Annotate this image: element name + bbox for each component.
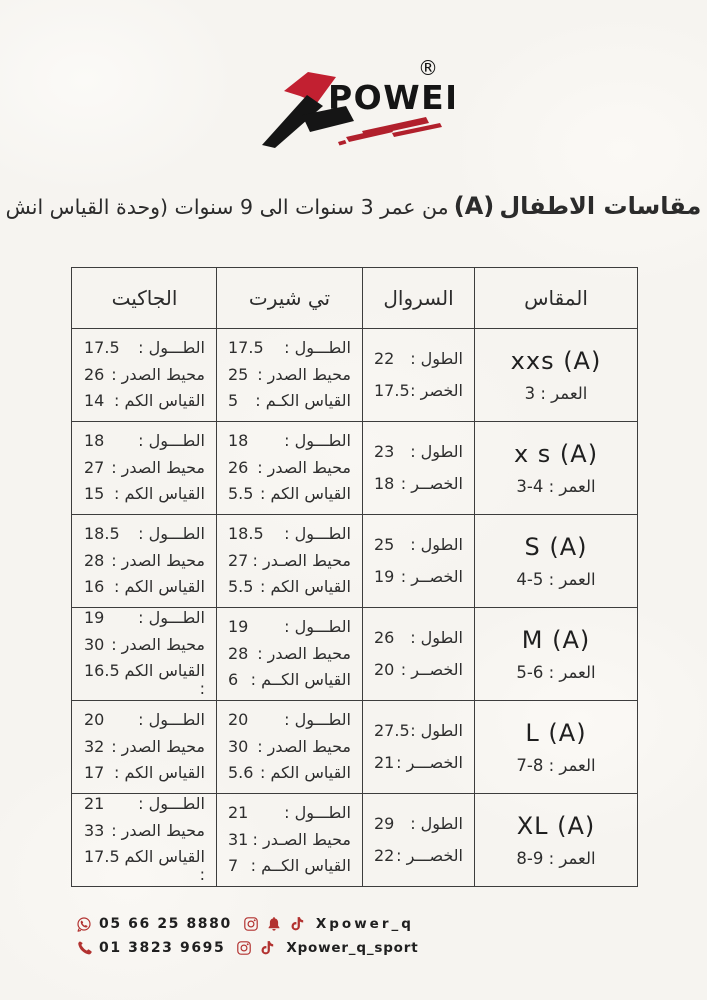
measure-label: الطـــول : — [284, 432, 351, 450]
measure-value: 5.5 — [228, 485, 253, 503]
measure-label: القياس الكم : — [120, 662, 205, 699]
measure-value: 33 — [84, 822, 104, 840]
size-cell: XL (A)العمر : 8-9 — [474, 794, 637, 886]
measure-label: محيط الصـدر : — [253, 552, 351, 570]
size-cell: xxs (A)العمر : 3 — [474, 329, 637, 421]
measure-line: القياس الكم :16.5 — [84, 662, 205, 699]
measure-line: القياس الكـم :5 — [228, 392, 351, 410]
measure-label: محيط الصدر : — [111, 738, 205, 756]
measure-value: 23 — [374, 443, 394, 461]
measure-line: الطـــول :18 — [228, 432, 351, 450]
header-size: المقاس — [474, 268, 637, 328]
header-jacket: الجاكيت — [73, 268, 216, 328]
measure-value: 5 — [228, 392, 238, 410]
pants-cell: الطول :22الخصر :17.5 — [362, 329, 474, 421]
phone-icon — [76, 940, 92, 956]
measure-line: محيط الصدر :33 — [84, 822, 205, 840]
measure-value: 26 — [84, 366, 104, 384]
measure-value: 7 — [228, 857, 238, 875]
measure-value: 15 — [84, 485, 104, 503]
measure-value: 5.6 — [228, 764, 253, 782]
logo-brand-text: POWER — [328, 78, 454, 117]
measure-line: الطول :29 — [374, 815, 463, 833]
measure-line: الطـــول :20 — [228, 711, 351, 729]
measure-value: 14 — [84, 392, 104, 410]
measure-value: 29 — [374, 815, 394, 833]
size-cell: L (A)العمر : 7-8 — [474, 701, 637, 793]
measure-value: 17.5 — [84, 848, 120, 866]
measure-line: محيط الصـدر :31 — [228, 831, 351, 849]
measure-label: القياس الكـم : — [255, 392, 351, 410]
measure-label: القياس الكم : — [114, 392, 205, 410]
measure-value: 18.5 — [228, 525, 264, 543]
measure-label: القياس الكم : — [260, 578, 351, 596]
measure-value: 17.5 — [228, 339, 264, 357]
measure-line: الطـــول :20 — [84, 711, 205, 729]
social-handle: Xpower_q_sport — [286, 940, 418, 956]
age-label: العمر : — [543, 570, 595, 589]
measure-line: الخصــر :19 — [374, 568, 463, 586]
size-name: XL (A) — [517, 812, 596, 840]
size-table-rows: xxs (A)العمر : 3الطول :22الخصر :17.5الطـ… — [72, 328, 637, 886]
measure-label: الطـــول : — [138, 795, 205, 813]
measure-value: 17.5 — [84, 339, 120, 357]
measure-label: الطـــول : — [138, 432, 205, 450]
measure-label: القياس الكم : — [260, 485, 351, 503]
measure-label: القياس الكــم : — [251, 857, 351, 875]
age-line: العمر : 5-6 — [516, 663, 595, 682]
measure-label: محيط الصدر : — [111, 459, 205, 477]
measure-label: محيط الصدر : — [111, 822, 205, 840]
header-tshirt: تي شيرت — [216, 268, 362, 328]
measure-line: القياس الكــم :6 — [228, 671, 351, 689]
measure-line: الطـــول :21 — [84, 795, 205, 813]
measure-value: 16.5 — [84, 662, 120, 680]
age-value: 3 — [525, 384, 536, 403]
size-table: المقاس السروال تي شيرت الجاكيت xxs (A)ال… — [71, 267, 638, 887]
measure-line: القياس الكــم :7 — [228, 857, 351, 875]
measure-label: محيط الصدر : — [257, 366, 351, 384]
measure-line: محيط الصدر :28 — [228, 645, 351, 663]
tshirt-cell: الطـــول :19محيط الصدر :28القياس الكــم … — [216, 608, 362, 700]
table-row: L (A)العمر : 7-8الطول :27.5الخصـــر :21ا… — [72, 700, 637, 793]
jacket-cell: الطـــول :21محيط الصدر :33القياس الكم :1… — [73, 794, 216, 886]
measure-line: القياس الكم :5.6 — [228, 764, 351, 782]
age-line: العمر : 3 — [525, 384, 588, 403]
measure-value: 32 — [84, 738, 104, 756]
measure-value: 26 — [228, 459, 248, 477]
measure-value: 28 — [228, 645, 248, 663]
measure-value: 18.5 — [84, 525, 120, 543]
age-value: 8-9 — [516, 849, 543, 868]
measure-label: القياس الكم : — [114, 764, 205, 782]
measure-value: 6 — [228, 671, 238, 689]
measure-label: الطـــول : — [284, 804, 351, 822]
measure-value: 27.5 — [374, 722, 410, 740]
measure-label: الطـــول : — [284, 525, 351, 543]
measure-label: الطـــول : — [284, 339, 351, 357]
size-name: xxs (A) — [511, 347, 602, 375]
brand-logo: POWER ® — [258, 50, 454, 152]
size-chart-page: POWER ® مقاسات الاطفال (A) من عمر 3 سنوا… — [0, 0, 707, 1000]
measure-line: الطـــول :18 — [84, 432, 205, 450]
table-row: XL (A)العمر : 8-9الطول :29الخصـــر :22ال… — [72, 793, 637, 886]
measure-label: الطول : — [410, 815, 463, 833]
measure-value: 30 — [84, 636, 104, 654]
measure-line: محيط الصدر :26 — [84, 366, 205, 384]
jacket-cell: الطـــول :19محيط الصدر :30القياس الكم :1… — [73, 608, 216, 700]
registered-trademark-icon: ® — [418, 56, 438, 80]
title-main: مقاسات الاطفال — [499, 192, 701, 220]
measure-value: 19 — [84, 609, 104, 627]
measure-label: الطول : — [410, 350, 463, 368]
measure-line: محيط الصدر :30 — [228, 738, 351, 756]
measure-value: 28 — [84, 552, 104, 570]
measure-line: الطول :23 — [374, 443, 463, 461]
pants-cell: الطول :26الخصــر :20 — [362, 608, 474, 700]
measure-line: القياس الكم :17.5 — [84, 848, 205, 885]
measure-label: محيط الصدر : — [257, 645, 351, 663]
measure-line: الطول :25 — [374, 536, 463, 554]
tiktok-icon — [259, 940, 275, 956]
tshirt-cell: الطـــول :21محيط الصـدر :31القياس الكــم… — [216, 794, 362, 886]
measure-value: 20 — [84, 711, 104, 729]
jacket-cell: الطـــول :17.5محيط الصدر :26القياس الكم … — [73, 329, 216, 421]
measure-line: القياس الكم :15 — [84, 485, 205, 503]
measure-line: الطـــول :17.5 — [84, 339, 205, 357]
header-pants: السروال — [362, 268, 474, 328]
measure-line: الطول :22 — [374, 350, 463, 368]
age-value: 5-6 — [516, 663, 543, 682]
measure-line: الطول :26 — [374, 629, 463, 647]
measure-value: 20 — [228, 711, 248, 729]
measure-value: 20 — [374, 661, 394, 679]
measure-line: القياس الكم :14 — [84, 392, 205, 410]
tshirt-cell: الطـــول :20محيط الصدر :30القياس الكم :5… — [216, 701, 362, 793]
pants-cell: الطول :23الخصــر :18 — [362, 422, 474, 514]
tshirt-cell: الطـــول :17.5محيط الصدر :25القياس الكـم… — [216, 329, 362, 421]
measure-line: الطـــول :19 — [84, 609, 205, 627]
measure-value: 19 — [228, 618, 248, 636]
measure-label: القياس الكــم : — [251, 671, 351, 689]
measure-line: الخصــر :18 — [374, 475, 463, 493]
age-label: العمر : — [543, 477, 595, 496]
logo-red-swoosh — [338, 117, 442, 146]
measure-value: 21 — [374, 754, 394, 772]
measure-label: محيط الصدر : — [111, 366, 205, 384]
size-cell: M (A)العمر : 5-6 — [474, 608, 637, 700]
measure-label: الخصـــر : — [396, 847, 463, 865]
measure-line: محيط الصدر :28 — [84, 552, 205, 570]
size-name: x s (A) — [514, 440, 598, 468]
age-label: العمر : — [543, 849, 595, 868]
measure-line: محيط الصـدر :27 — [228, 552, 351, 570]
measure-value: 22 — [374, 847, 394, 865]
measure-label: الطول : — [410, 629, 463, 647]
measure-line: القياس الكم :17 — [84, 764, 205, 782]
table-row: x s (A)العمر : 3-4الطول :23الخصــر :18ال… — [72, 421, 637, 514]
table-row: xxs (A)العمر : 3الطول :22الخصر :17.5الطـ… — [72, 328, 637, 421]
measure-label: محيط الصدر : — [257, 738, 351, 756]
pants-cell: الطول :25الخصــر :19 — [362, 515, 474, 607]
age-label: العمر : — [543, 756, 595, 775]
age-line: العمر : 7-8 — [516, 756, 595, 775]
measure-label: الطـــول : — [138, 525, 205, 543]
bell-icon — [266, 916, 282, 932]
measure-line: الخصـــر :22 — [374, 847, 463, 865]
measure-label: محيط الصدر : — [257, 459, 351, 477]
measure-line: الطـــول :21 — [228, 804, 351, 822]
xpower-logo-graphic: POWER ® — [258, 50, 454, 152]
measure-line: الطـــول :17.5 — [228, 339, 351, 357]
pants-cell: الطول :27.5الخصـــر :21 — [362, 701, 474, 793]
measure-label: القياس الكم : — [114, 578, 205, 596]
title-description: من عمر 3 سنوات الى 9 سنوات (وحدة القياس … — [6, 195, 449, 219]
table-row: S (A)العمر : 4-5الطول :25الخصــر :19الطـ… — [72, 514, 637, 607]
measure-value: 5.5 — [228, 578, 253, 596]
size-cell: x s (A)العمر : 3-4 — [474, 422, 637, 514]
measure-value: 26 — [374, 629, 394, 647]
measure-line: الخصـــر :21 — [374, 754, 463, 772]
title-size-code: (A) — [454, 192, 495, 220]
measure-value: 30 — [228, 738, 248, 756]
measure-label: الطـــول : — [284, 711, 351, 729]
measure-value: 18 — [228, 432, 248, 450]
age-line: العمر : 8-9 — [516, 849, 595, 868]
measure-label: الخصــر : — [401, 475, 463, 493]
contact-row: 05 66 25 8880Xpower_q — [76, 916, 418, 932]
measure-line: محيط الصدر :30 — [84, 636, 205, 654]
age-line: العمر : 4-5 — [516, 570, 595, 589]
table-header-row: المقاس السروال تي شيرت الجاكيت — [72, 268, 637, 328]
measure-label: الطـــول : — [138, 339, 205, 357]
measure-label: الطول : — [410, 443, 463, 461]
page-title: مقاسات الاطفال (A) من عمر 3 سنوات الى 9 … — [0, 192, 707, 220]
pants-cell: الطول :29الخصـــر :22 — [362, 794, 474, 886]
measure-value: 31 — [228, 831, 248, 849]
jacket-cell: الطـــول :18.5محيط الصدر :28القياس الكم … — [73, 515, 216, 607]
measure-line: محيط الصدر :27 — [84, 459, 205, 477]
measure-value: 17.5 — [374, 382, 410, 400]
measure-line: محيط الصدر :26 — [228, 459, 351, 477]
age-value: 4-5 — [516, 570, 543, 589]
phone-number: 05 66 25 8880 — [99, 916, 232, 932]
age-value: 3-4 — [516, 477, 543, 496]
measure-value: 25 — [374, 536, 394, 554]
measure-label: الخصر : — [410, 382, 463, 400]
measure-line: القياس الكم :16 — [84, 578, 205, 596]
measure-line: الطـــول :18.5 — [228, 525, 351, 543]
measure-line: الطـــول :18.5 — [84, 525, 205, 543]
measure-label: القياس الكم : — [114, 485, 205, 503]
measure-line: الطول :27.5 — [374, 722, 463, 740]
contact-footer: 05 66 25 8880Xpower_q01 3823 9695Xpower_… — [76, 916, 418, 956]
measure-value: 22 — [374, 350, 394, 368]
tshirt-cell: الطـــول :18.5محيط الصـدر :27القياس الكم… — [216, 515, 362, 607]
tshirt-cell: الطـــول :18محيط الصدر :26القياس الكم :5… — [216, 422, 362, 514]
measure-value: 27 — [84, 459, 104, 477]
measure-label: محيط الصـدر : — [253, 831, 351, 849]
measure-label: الطـــول : — [138, 711, 205, 729]
size-name: L (A) — [525, 719, 586, 747]
measure-label: الطول : — [410, 536, 463, 554]
whatsapp-icon — [76, 916, 92, 932]
measure-value: 25 — [228, 366, 248, 384]
measure-line: محيط الصدر :32 — [84, 738, 205, 756]
measure-label: الخصــر : — [401, 661, 463, 679]
measure-label: القياس الكم : — [260, 764, 351, 782]
age-label: العمر : — [543, 663, 595, 682]
measure-line: القياس الكم :5.5 — [228, 578, 351, 596]
measure-value: 27 — [228, 552, 248, 570]
measure-value: 21 — [228, 804, 248, 822]
measure-value: 16 — [84, 578, 104, 596]
measure-label: الطول : — [410, 722, 463, 740]
age-line: العمر : 3-4 — [516, 477, 595, 496]
measure-value: 19 — [374, 568, 394, 586]
measure-line: القياس الكم :5.5 — [228, 485, 351, 503]
jacket-cell: الطـــول :20محيط الصدر :32القياس الكم :1… — [73, 701, 216, 793]
measure-label: القياس الكم : — [120, 848, 205, 885]
measure-label: الخصــر : — [401, 568, 463, 586]
measure-line: الطـــول :19 — [228, 618, 351, 636]
measure-line: الخصــر :20 — [374, 661, 463, 679]
measure-value: 18 — [84, 432, 104, 450]
tiktok-icon — [289, 916, 305, 932]
measure-label: الطـــول : — [138, 609, 205, 627]
age-value: 7-8 — [516, 756, 543, 775]
measure-value: 18 — [374, 475, 394, 493]
measure-line: الخصر :17.5 — [374, 382, 463, 400]
measure-label: محيط الصدر : — [111, 636, 205, 654]
instagram-icon — [243, 916, 259, 932]
age-label: العمر : — [535, 384, 587, 403]
measure-value: 21 — [84, 795, 104, 813]
table-row: M (A)العمر : 5-6الطول :26الخصــر :20الطـ… — [72, 607, 637, 700]
size-name: S (A) — [525, 533, 588, 561]
measure-label: الطـــول : — [284, 618, 351, 636]
phone-number: 01 3823 9695 — [99, 940, 225, 956]
measure-label: الخصـــر : — [396, 754, 463, 772]
measure-label: محيط الصدر : — [111, 552, 205, 570]
instagram-icon — [236, 940, 252, 956]
measure-line: محيط الصدر :25 — [228, 366, 351, 384]
size-name: M (A) — [522, 626, 590, 654]
measure-value: 17 — [84, 764, 104, 782]
jacket-cell: الطـــول :18محيط الصدر :27القياس الكم :1… — [73, 422, 216, 514]
size-cell: S (A)العمر : 4-5 — [474, 515, 637, 607]
contact-row: 01 3823 9695Xpower_q_sport — [76, 940, 418, 956]
social-handle: Xpower_q — [316, 916, 414, 932]
